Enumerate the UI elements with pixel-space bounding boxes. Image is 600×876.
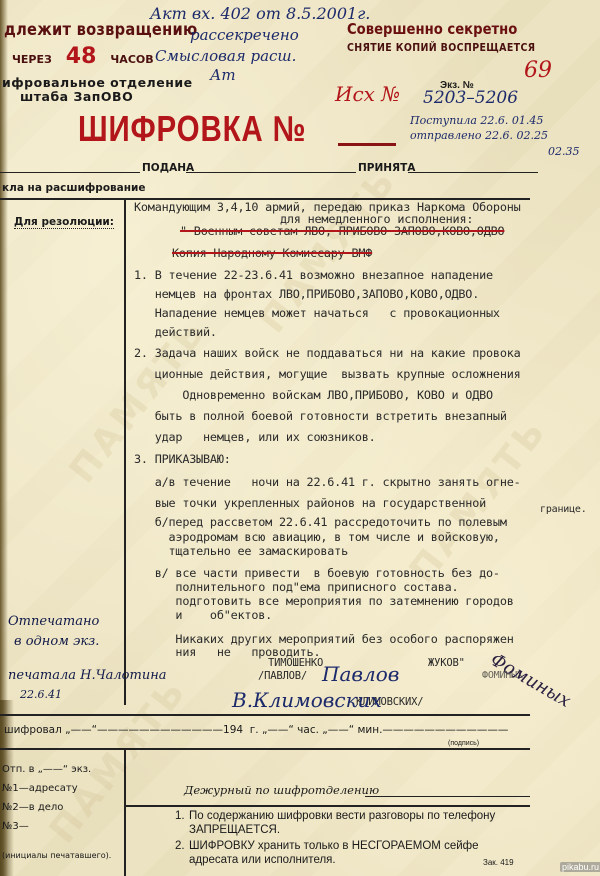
submitted-accepted-row: ПОДАНА ПРИНЯТА <box>0 162 540 176</box>
handwritten-commission-note: Смысловая расш. <box>155 47 296 65</box>
column-divider <box>124 750 126 876</box>
paragraph-1: действий. <box>134 325 217 339</box>
copy-red-number: 69 <box>524 58 552 83</box>
signature-pavlov: Павлов <box>322 662 399 686</box>
order-number: Зак. 419 <box>483 858 514 867</box>
divider-line <box>126 805 530 807</box>
hours-suffix: ЧАСОВ <box>110 53 153 66</box>
document-title: ШИФРОВКА № <box>78 108 306 150</box>
typist-note: Отпечатано <box>8 614 99 629</box>
final-instruction: Никаких других мероприятий без особого р… <box>134 632 514 646</box>
order-a: границе. <box>540 504 587 515</box>
no-copies-stamp: СНЯТИЕ КОПИЙ ВОСПРЕЩАЕТСЯ <box>347 42 535 54</box>
return-hours: ЧЕРЕЗ 48 ЧАСОВ <box>12 44 154 69</box>
signature-klimovskikh: В.Климовских <box>232 688 382 712</box>
order-v: в/ все части привести в боевую готовност… <box>134 566 500 580</box>
struck-line: Копия Народному Комиссару ВМФ <box>172 246 372 260</box>
accepted-label: ПРИНЯТА <box>358 162 415 174</box>
copies-block: Отп. в „——“ экз. №1—адресату №2—в дело №… <box>2 760 111 865</box>
rule-text-line: ЗАПРЕЩАЕТСЯ. <box>189 824 280 836</box>
paragraph-1: 1. В течение 22-23.6.41 возможно внезапн… <box>134 268 493 282</box>
copies-line: №2—в дело <box>2 798 111 817</box>
resolution-label: Для резолюции: <box>14 216 114 229</box>
site-watermark: pikabu.ru <box>560 862 600 872</box>
order-b: б/перед рассветом 22.6.41 рассредоточить… <box>134 515 507 529</box>
extra-time: 02.35 <box>548 145 580 158</box>
paragraph-1: немцев на фронтах ЛВО,ПРИБОВО,ЗАПОВО,КОВ… <box>134 287 479 301</box>
copies-line: №1—адресату <box>2 779 111 798</box>
accepted-line <box>408 172 538 173</box>
department: ифровальное отделение штаба ЗапОВО <box>2 76 193 104</box>
department-line1: ифровальное отделение <box>2 76 193 90</box>
rule-text-line: ШИФРОВКУ хранить только в НЕСГОРАЕМОМ се… <box>189 840 479 852</box>
order-a: а/в течение ночи на 22.6.41 г. скрытно з… <box>134 475 521 489</box>
order-v: полнительного под"ема приписного состава… <box>134 580 458 594</box>
submitted-line <box>0 172 140 173</box>
divider-line <box>0 748 530 750</box>
order-v: подготовить все мероприятия по затемнени… <box>134 594 514 608</box>
rule-item: 2. ШИФРОВКУ хранить только в НЕСГОРАЕМОМ… <box>175 840 495 867</box>
paragraph-2: Одновременно войскам ЛВО,ПРИБОВО, КОВО и… <box>134 388 493 402</box>
copy-numbers: 5203–5206 <box>423 88 518 108</box>
typist-note: печатала Н.Чалотина <box>8 668 167 683</box>
copies-line: (инициалы печатавшего). <box>2 846 111 865</box>
handwritten-declassified-note: рассекречено <box>190 26 299 44</box>
order-b: тщательно ее замаскировать <box>134 544 348 558</box>
paragraph-3: 3. ПРИКАЗЫВАЮ: <box>134 452 231 466</box>
outgoing-number-label: Исх № <box>335 82 400 106</box>
struck-line: " Военным советам ЛВО, ПРИБОВО ЗАПОВО,КО… <box>180 224 504 238</box>
paragraph-2: быть в полной боевой готовности встретит… <box>134 409 507 423</box>
received-time: Поступила 22.6. 01.45 <box>410 114 543 127</box>
paragraph-2: удар немцев, или их союзников. <box>134 430 376 444</box>
typist-note: 22.6.41 <box>20 688 62 701</box>
duty-officer-label: Дежурный по шифротделению <box>184 783 379 797</box>
rule-text-line: адресата или исполнителя. <box>189 854 336 866</box>
between-line <box>186 172 356 173</box>
encrypted-row: шифровал „——“————————————194 г. „——“ час… <box>4 724 508 736</box>
sent-time: отправлено 22.6. 02.25 <box>410 129 548 142</box>
handwritten-initial-signature: Ат <box>210 66 236 84</box>
divider-line <box>0 714 530 716</box>
paragraph-2: ционные действия, могущие вызвать крупны… <box>134 367 521 381</box>
signatory-timoshenko: ТИМОШЕНКО <box>268 657 323 669</box>
decode-label: кла на расшифрование <box>2 182 146 194</box>
paragraph-2: 2. Задача наших войск не поддаваться ни … <box>134 346 521 360</box>
rule-item: 1. По содержанию шифровки вести разговор… <box>175 810 495 837</box>
copies-line: №3— <box>2 817 111 836</box>
order-b: аэродромам всю авиацию, в том числе и во… <box>134 530 500 544</box>
hours-value: 48 <box>66 44 97 69</box>
secrecy-stamp: Совершенно секретно <box>347 20 517 38</box>
rule-text: ШИФРОВКУ хранить только в НЕСГОРАЕМОМ се… <box>189 840 479 867</box>
paragraph-1: Нападение немцев может начаться с провок… <box>134 306 500 320</box>
department-line2: штаба ЗапОВО <box>2 90 193 104</box>
duty-officer-line <box>365 796 530 797</box>
title-number-blank <box>338 143 396 146</box>
hours-prefix: ЧЕРЕЗ <box>12 53 52 66</box>
rule-number: 2. <box>175 840 185 867</box>
order-v: и об"ектов. <box>134 608 272 622</box>
handwritten-act-note: Акт вх. 402 от 8.5.2001г. <box>150 4 370 23</box>
rule-text: По содержанию шифровки вести разговоры п… <box>189 810 495 837</box>
signatory-zhukov: ЖУКОВ" <box>428 657 465 669</box>
column-divider <box>124 200 126 705</box>
return-stamp: длежит возвращению <box>4 20 197 40</box>
signature-hint: (подпись) <box>448 740 479 747</box>
rules-block: 1. По содержанию шифровки вести разговор… <box>175 810 495 870</box>
signatory-pavlov: /ПАВЛОВ/ <box>258 670 307 682</box>
rule-number: 1. <box>175 810 185 837</box>
order-a: вые точки укрепленных районов на государ… <box>134 496 486 510</box>
copies-line: Отп. в „——“ экз. <box>2 760 111 779</box>
rule-text-line: По содержанию шифровки вести разговоры п… <box>189 810 495 822</box>
typist-note: в одном экз. <box>14 634 99 649</box>
